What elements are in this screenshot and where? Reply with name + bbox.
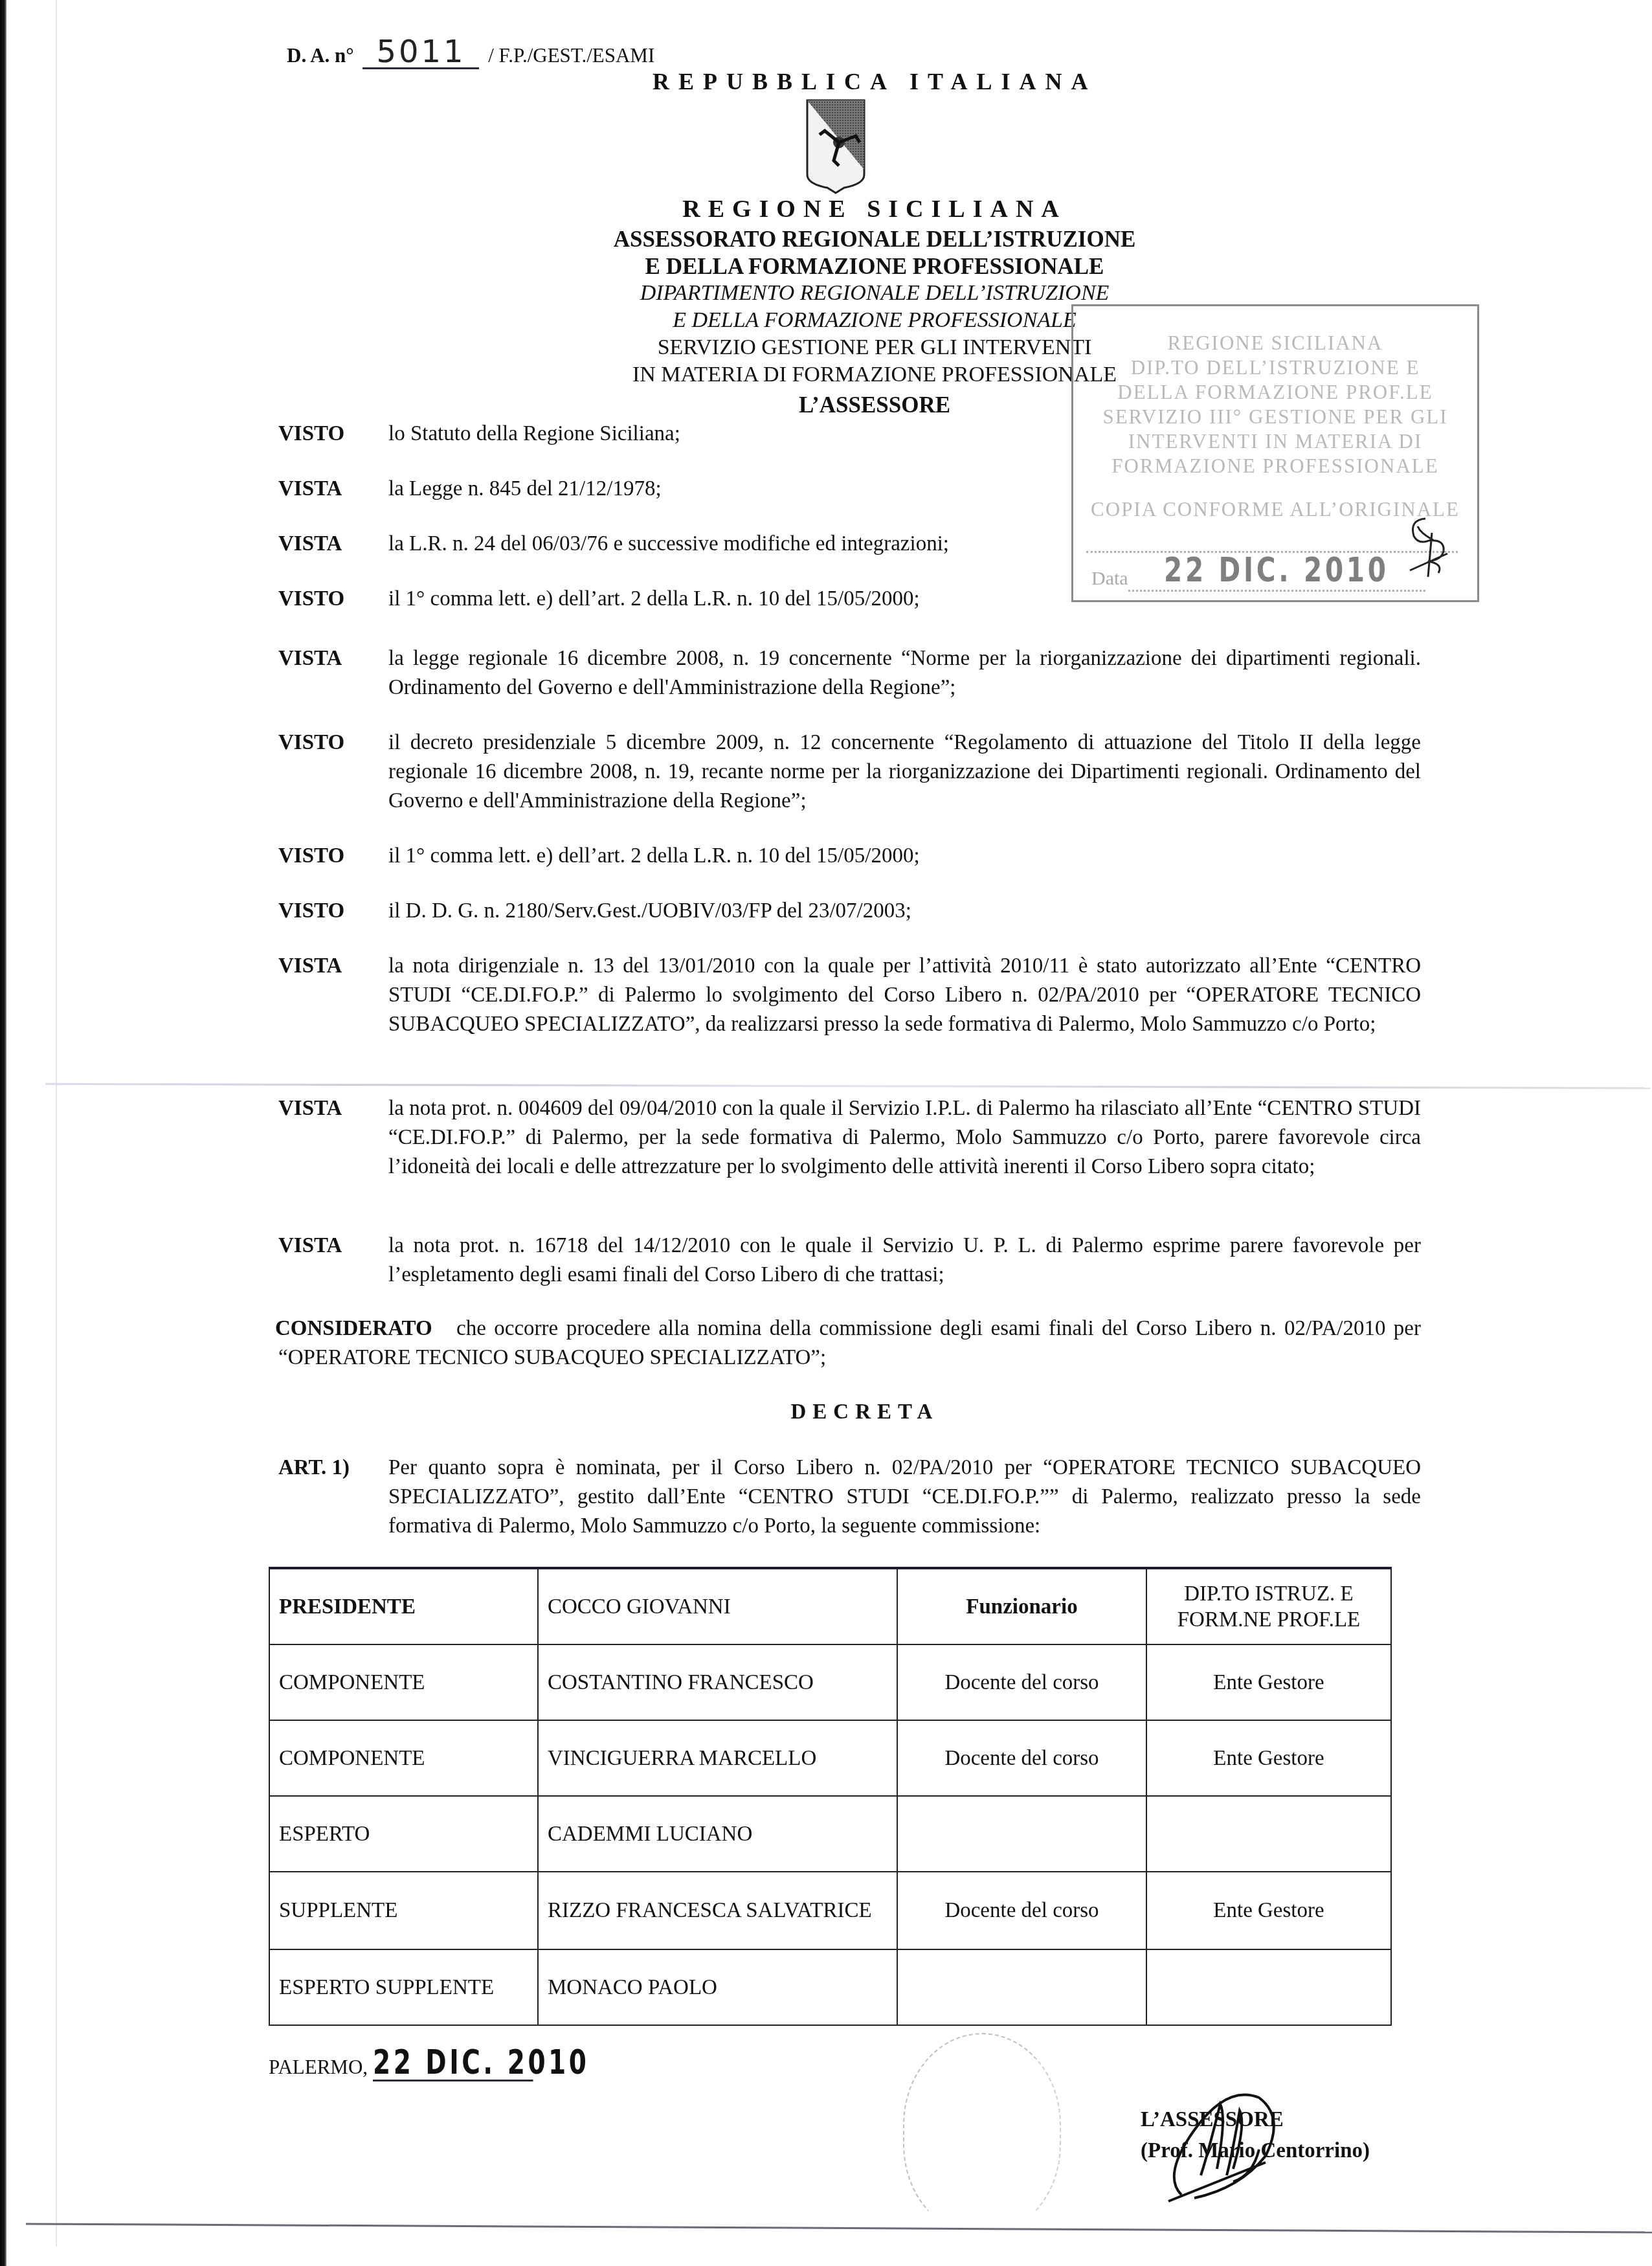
place-label: PALERMO, <box>269 2056 368 2078</box>
region-heading: REGIONE SICILIANA <box>0 197 1652 221</box>
stamp-line: REGIONE SICILIANA <box>1073 331 1477 355</box>
ente-cell: Ente Gestore <box>1146 1644 1391 1720</box>
table-row: SUPPLENTE RIZZO FRANCESCA SALVATRICE Doc… <box>269 1872 1391 1949</box>
republic-heading: REPUBBLICA ITALIANA <box>653 70 1097 93</box>
role-cell: COMPONENTE <box>269 1644 538 1720</box>
premise-label: VISTA <box>278 952 342 981</box>
premise-text: lo Statuto della Regione Siciliana; <box>388 420 1421 449</box>
premise-text: la L.R. n. 24 del 06/03/76 e successive … <box>388 530 1421 559</box>
premise-label: VISTO <box>278 728 344 757</box>
name-cell: COCCO GIOVANNI <box>538 1568 897 1644</box>
ente-cell: Ente Gestore <box>1146 1872 1391 1949</box>
place-date-line: PALERMO, 22 DIC. 2010 <box>269 2046 586 2081</box>
premise-text: il 1° comma lett. e) dell’art. 2 della L… <box>388 585 1421 614</box>
name-cell: RIZZO FRANCESCA SALVATRICE <box>538 1872 897 1949</box>
qualifica-cell: Funzionario <box>897 1568 1146 1644</box>
decree-number-line: D. A. n° 5011 / F.P./GEST./ESAMI <box>287 36 654 69</box>
qualifica-cell: Docente del corso <box>897 1644 1146 1720</box>
article-label: ART. 1) <box>278 1453 350 1483</box>
name-cell: VINCIGUERRA MARCELLO <box>538 1720 897 1796</box>
premise-text: il D. D. G. n. 2180/Serv.Gest./UOBIV/03/… <box>388 897 1421 926</box>
premise-label: VISTO <box>278 420 344 449</box>
paper-fold-line <box>45 1083 1651 1089</box>
name-cell: COSTANTINO FRANCESCO <box>538 1644 897 1720</box>
table-row: ESPERTO CADEMMI LUCIANO <box>269 1796 1391 1872</box>
decreta-heading: DECRETA <box>0 1402 1652 1423</box>
premise-label: VISTO <box>278 897 344 926</box>
ente-cell: Ente Gestore <box>1146 1720 1391 1796</box>
role-cell: SUPPLENTE <box>269 1872 538 1949</box>
premise-text: la legge regionale 16 dicembre 2008, n. … <box>388 644 1421 702</box>
ente-cell: DIP.TO ISTRUZ. E FORM.NE PROF.LE <box>1146 1568 1391 1644</box>
premise-label: VISTA <box>278 475 342 504</box>
decree-prefix: D. A. n° <box>287 44 354 67</box>
premise-label: VISTA <box>278 644 342 673</box>
stamp-line: DELLA FORMAZIONE PROF.LE <box>1073 380 1477 405</box>
role-cell: COMPONENTE <box>269 1720 538 1796</box>
role-cell: PRESIDENTE <box>269 1568 538 1644</box>
ente-cell <box>1146 1949 1391 2025</box>
premise-text: il 1° comma lett. e) dell’art. 2 della L… <box>388 842 1421 871</box>
decree-suffix: / F.P./GEST./ESAMI <box>488 44 654 67</box>
dipartimento-line-1: DIPARTIMENTO REGIONALE DELL’ISTRUZIONE <box>0 282 1652 304</box>
name-cell: MONACO PAOLO <box>538 1949 897 2025</box>
commission-table: PRESIDENTE COCCO GIOVANNI Funzionario DI… <box>269 1567 1392 2026</box>
premise-text: il decreto presidenziale 5 dicembre 2009… <box>388 728 1421 816</box>
official-round-stamp-icon <box>903 2033 1061 2236</box>
considerato-text: che occorre procedere alla nomina della … <box>278 1314 1421 1373</box>
name-cell: CADEMMI LUCIANO <box>538 1796 897 1872</box>
premise-text: la nota dirigenziale n. 13 del 13/01/201… <box>388 952 1421 1039</box>
assessorato-line-2: E DELLA FORMAZIONE PROFESSIONALE <box>0 255 1652 278</box>
premise-text: la nota prot. n. 16718 del 14/12/2010 co… <box>388 1231 1421 1290</box>
table-row: ESPERTO SUPPLENTE MONACO PAOLO <box>269 1949 1391 2025</box>
role-cell: ESPERTO SUPPLENTE <box>269 1949 538 2025</box>
role-cell: ESPERTO <box>269 1796 538 1872</box>
table-row: COMPONENTE COSTANTINO FRANCESCO Docente … <box>269 1644 1391 1720</box>
premise-label: VISTO <box>278 585 344 614</box>
qualifica-cell: Docente del corso <box>897 1720 1146 1796</box>
premise-label: VISTA <box>278 530 342 559</box>
qualifica-cell: Docente del corso <box>897 1872 1146 1949</box>
trinacria-coat-of-arms-icon <box>805 98 866 194</box>
handwritten-signature-icon <box>1155 2078 1298 2208</box>
premise-text: la Legge n. 845 del 21/12/1978; <box>388 475 1421 504</box>
premise-label: VISTA <box>278 1231 342 1261</box>
ente-cell <box>1146 1796 1391 1872</box>
qualifica-cell <box>897 1949 1146 2025</box>
article-text: Per quanto sopra è nominata, per il Cors… <box>388 1453 1421 1541</box>
qualifica-cell <box>897 1796 1146 1872</box>
page-bottom-edge <box>26 2223 1652 2233</box>
assessorato-line-1: ASSESSORATO REGIONALE DELL’ISTRUZIONE <box>0 228 1652 251</box>
premise-text: la nota prot. n. 004609 del 09/04/2010 c… <box>388 1094 1421 1182</box>
stamp-line: DIP.TO DELL’ISTRUZIONE E <box>1073 355 1477 380</box>
table-row: PRESIDENTE COCCO GIOVANNI Funzionario DI… <box>269 1568 1391 1644</box>
decree-date-stamp: 22 DIC. 2010 <box>373 2046 533 2081</box>
table-row: COMPONENTE VINCIGUERRA MARCELLO Docente … <box>269 1720 1391 1796</box>
decree-number: 5011 <box>363 36 479 69</box>
premise-label: VISTA <box>278 1094 342 1123</box>
premise-label: VISTO <box>278 842 344 871</box>
